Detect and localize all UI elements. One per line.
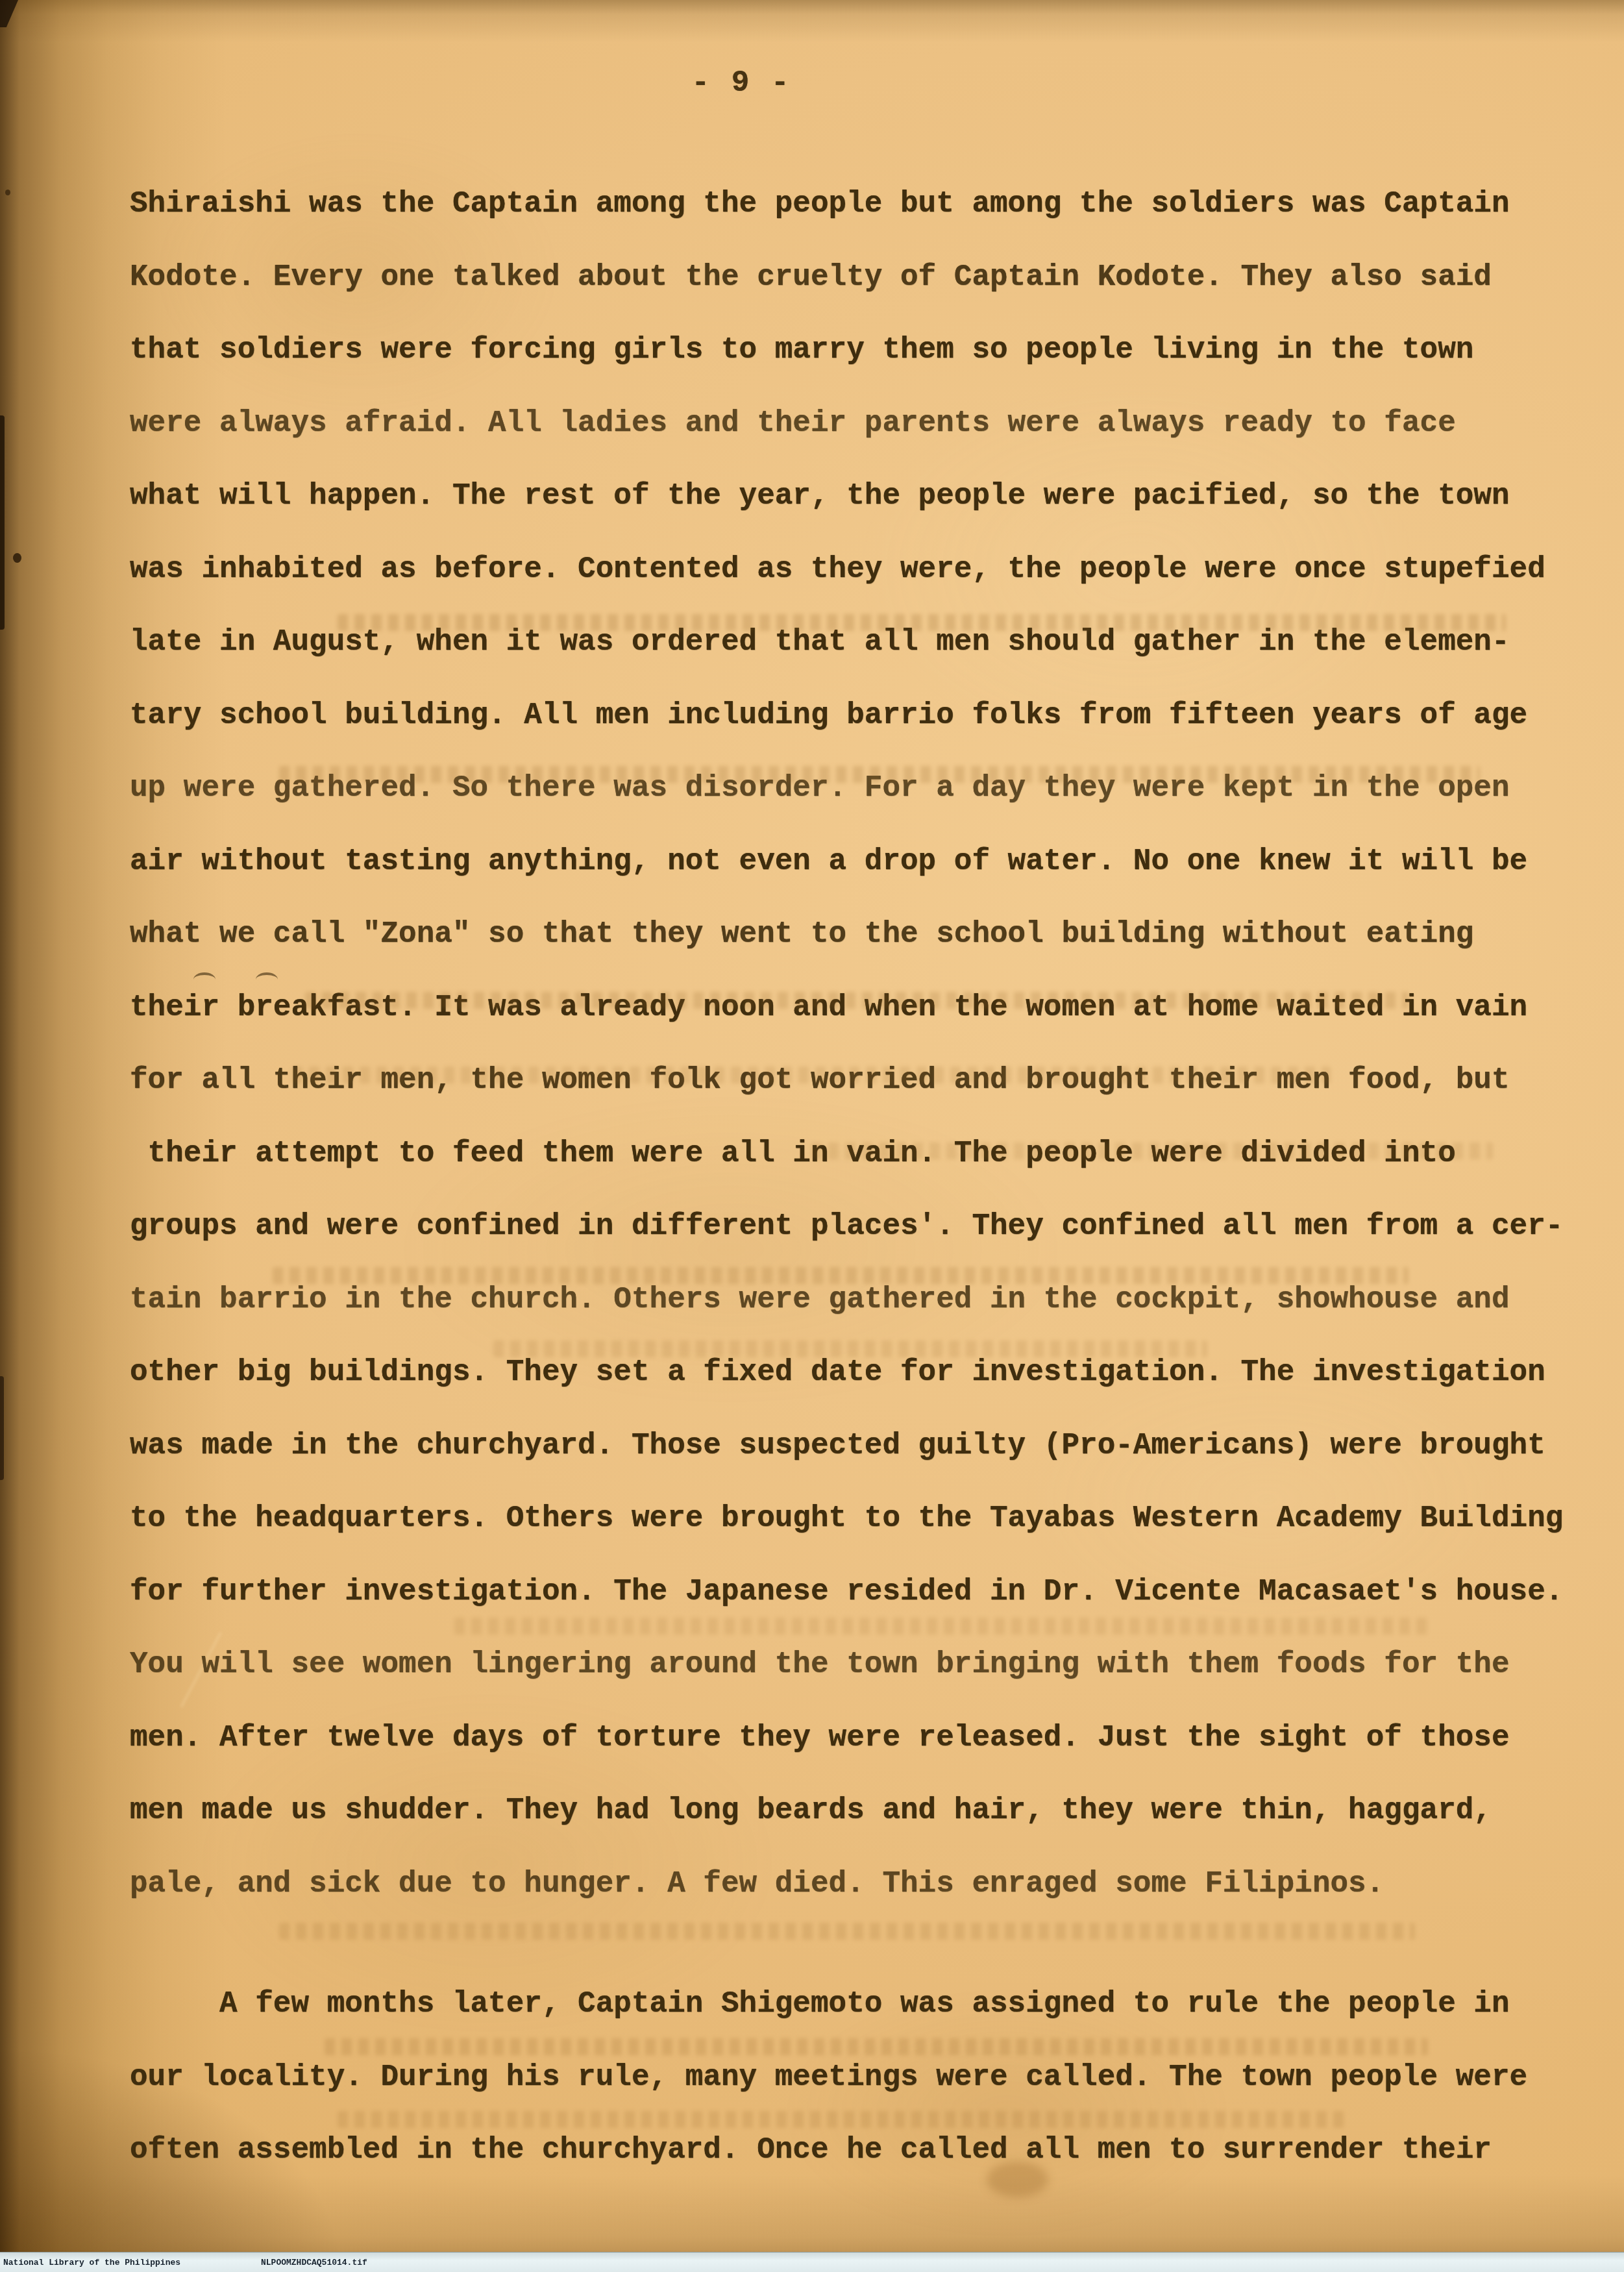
text-line: to the headquarters. Others were brought… [130,1500,1603,1573]
text-line: what we call "Zona" so that they went to… [130,915,1603,989]
text-line: other big buildings. They set a fixed da… [130,1353,1603,1427]
text-line: tary school building. All men including … [130,697,1603,770]
scan-edge-artifact [0,0,18,27]
bleed-through-text [811,1142,1493,1159]
text-line: were always afraid. All ladies and their… [130,404,1603,478]
bleed-through-text [325,2038,1428,2055]
bleed-through-text [279,766,1480,783]
text-line: air without tasting anything, not even a… [130,843,1603,916]
bleed-through-text [292,1067,1331,1083]
text-line: was inhabited as before. Contented as th… [130,550,1603,624]
ink-speck [5,190,10,195]
text-line: often assembled in the churchyard. Once … [130,2131,1603,2204]
library-name: National Library of the Philippines [3,2258,180,2267]
text-line: You will see women lingering around the … [130,1646,1603,1719]
bleed-through-text [454,1618,1428,1635]
text-line: for further investigation. The Japanese … [130,1573,1603,1646]
page-number: - 9 - [691,66,791,100]
text-line: what will happen. The rest of the year, … [130,477,1603,550]
bleed-through-text [305,992,1409,1009]
scan-edge-artifact [0,1376,4,1480]
text-line: Shiraishi was the Captain among the peop… [130,185,1603,258]
text-line: that soldiers were forcing girls to marr… [130,331,1603,404]
digitization-footer: National Library of the Philippines NLPO… [0,2252,1624,2272]
text-line: Kodote. Every one talked about the cruel… [130,258,1603,332]
bleed-through-text [273,1267,1409,1284]
scan-filename: NLPOOMZHDCAQ51014.tif [261,2258,367,2267]
bleed-through-text [338,614,1506,631]
text-line: men made us shudder. They had long beard… [130,1792,1603,1865]
bleed-through-text [338,2111,1344,2128]
text-line: was made in the churchyard. Those suspec… [130,1427,1603,1500]
bleed-through-text [279,1923,1415,1940]
typewritten-text: Shiraishi was the Captain among the peop… [130,185,1603,2204]
scan-edge-artifact [0,415,5,630]
document-page: - 9 - Shiraishi was the Captain among th… [0,0,1624,2272]
bleed-through-text [493,1340,1207,1357]
stray-pen-marks [193,970,284,985]
ink-speck [13,553,21,563]
text-line: late in August, when it was ordered that… [130,623,1603,697]
text-line: men. After twelve days of torture they w… [130,1719,1603,1792]
